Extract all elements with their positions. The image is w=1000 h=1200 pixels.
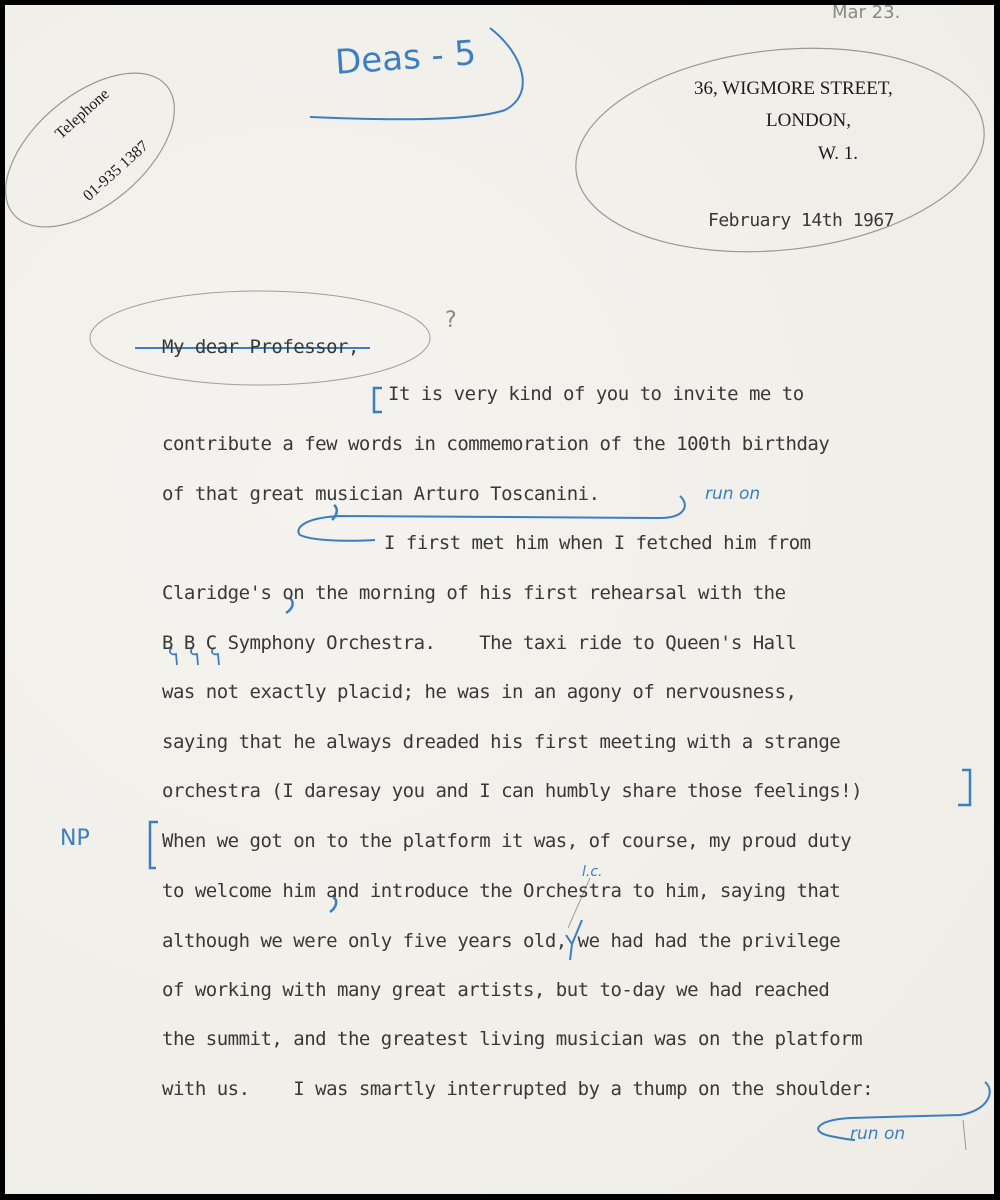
body-line: with us. I was smartly interrupted by a … bbox=[162, 1078, 873, 1100]
body-line: to welcome him and introduce the Orchest… bbox=[162, 880, 840, 902]
body-line: of that great musician Arturo Toscanini. bbox=[162, 483, 600, 505]
annotation-new-paragraph: NP bbox=[60, 826, 90, 851]
body-line: Claridge's on the morning of his first r… bbox=[162, 582, 786, 604]
body-line: orchestra (I daresay you and I can humbl… bbox=[162, 780, 862, 802]
body-line: B B C Symphony Orchestra. The taxi ride … bbox=[162, 632, 796, 654]
address-line-3: W. 1. bbox=[818, 143, 858, 165]
annotation-lower-case: l.c. bbox=[582, 864, 603, 880]
address-line-1: 36, WIGMORE STREET, bbox=[694, 78, 893, 100]
body-line: the summit, and the greatest living musi… bbox=[162, 1028, 862, 1050]
annotation-run-on-1: run on bbox=[705, 484, 760, 504]
annotation-run-on-2: run on bbox=[850, 1124, 905, 1144]
body-line: It is very kind of you to invite me to bbox=[388, 383, 804, 405]
body-line: When we got on to the platform it was, o… bbox=[162, 830, 851, 852]
body-line: I first met him when I fetched him from bbox=[384, 532, 811, 554]
salutation: My dear Professor, bbox=[162, 336, 359, 358]
body-line: of working with many great artists, but … bbox=[162, 979, 829, 1001]
body-line: contribute a few words in commemoration … bbox=[162, 433, 829, 455]
body-line: although we were only five years old, we… bbox=[162, 930, 840, 952]
body-line: was not exactly placid; he was in an ago… bbox=[162, 681, 796, 703]
annotation-pencil-date: Mar 23. bbox=[832, 2, 900, 23]
address-line-2: LONDON, bbox=[766, 110, 851, 132]
body-line: saying that he always dreaded his first … bbox=[162, 731, 840, 753]
annotation-question-mark: ? bbox=[445, 308, 457, 333]
letter-date: February 14th 1967 bbox=[708, 210, 894, 231]
